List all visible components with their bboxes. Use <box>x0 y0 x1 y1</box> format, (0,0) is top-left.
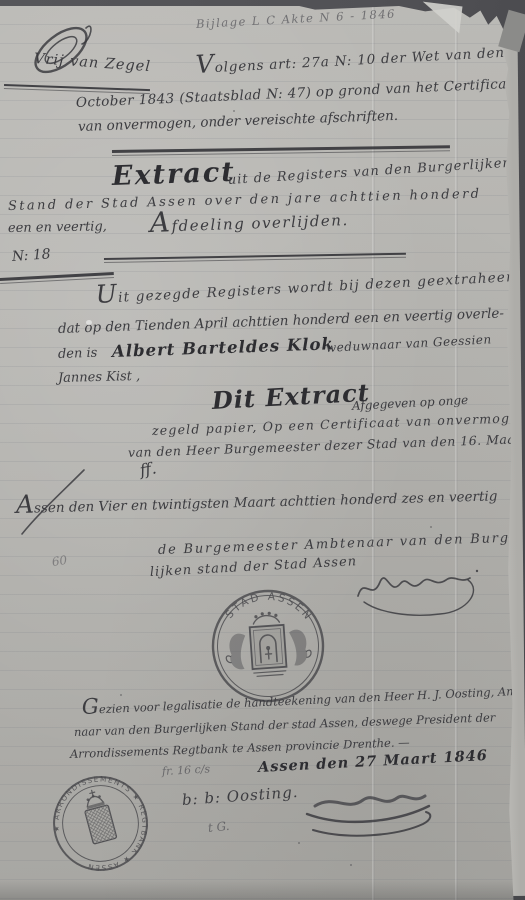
dog-ear-fold <box>420 2 463 34</box>
stad-assen-seal: STAD ASSEN <box>208 586 328 706</box>
body-line-2: dat op den Tienden April achttien honder… <box>58 306 504 336</box>
city-seal-text: STAD ASSEN <box>222 588 315 630</box>
divider-2 <box>104 253 406 263</box>
extract-tail: uit de Registers van den Burgerlijken <box>228 157 513 189</box>
divider-1 <box>112 145 450 156</box>
act-number: N: 18 <box>11 247 51 265</box>
signature-sub-mark: t G. <box>207 820 230 835</box>
body-line-3-pre: den is <box>58 347 98 363</box>
scan-background: Bijlage L C Akte N 6 - 1846 Vrij van Zeg… <box>0 0 525 900</box>
body-line-3-post: weduwnaar van Geessien <box>326 333 492 355</box>
oosting-signature: b: b: Oosting. <box>181 784 299 809</box>
afdeeling-line: Afdeeling overlijden. <box>150 212 349 235</box>
svg-text:STAD ASSEN: STAD ASSEN <box>222 588 315 630</box>
issue-word: Dit Extract <box>211 380 370 415</box>
deceased-name: Albert Barteldes Klok <box>112 335 334 361</box>
paper-spot <box>86 320 92 325</box>
torn-corner-shade <box>498 10 525 53</box>
ink-speck <box>430 526 432 528</box>
ink-speck <box>298 842 300 844</box>
fee-note: fr. 16 c/s <box>162 763 211 778</box>
president-signature <box>305 784 455 844</box>
extract-line-2: Stand der Stad Assen over den jare achtt… <box>8 188 482 215</box>
ink-speck <box>120 694 122 696</box>
ink-speck <box>262 748 264 750</box>
body-line-1: Uit gezegde Registers wordt bij dezen ge… <box>96 270 524 307</box>
regtbank-stamp: ★ ARRONDISSEMENTS ★ REGTBANK ★ ASSEN <box>48 771 153 876</box>
closing-function-line-2: lijken stand der Stad Assen <box>150 555 358 580</box>
burgemeester-signature <box>350 558 500 628</box>
extract-line-3: een en veertig, <box>8 220 107 236</box>
legalisation-line-2: naar van den Burgerlijken Stand der stad… <box>74 711 496 738</box>
fold-crease-right <box>455 6 458 900</box>
initial-flourish <box>16 12 106 87</box>
ink-speck <box>233 110 235 112</box>
exemption-line-3: van onvermogen, onder vereischte afschri… <box>78 109 399 135</box>
pencil-note: 60 <box>51 554 68 569</box>
document-page: Bijlage L C Akte N 6 - 1846 Vrij van Zeg… <box>0 6 525 900</box>
body-line-4: Jannes Kist , <box>58 370 141 386</box>
exemption-line-1: Volgens art: 27a N: 10 der Wet van den 3 <box>196 45 520 77</box>
extract-word: Extract <box>111 158 236 192</box>
paraph-mark: ff. <box>138 459 157 479</box>
ink-speck <box>350 864 352 866</box>
annotation-top: Bijlage L C Akte N 6 - 1846 <box>196 8 397 31</box>
